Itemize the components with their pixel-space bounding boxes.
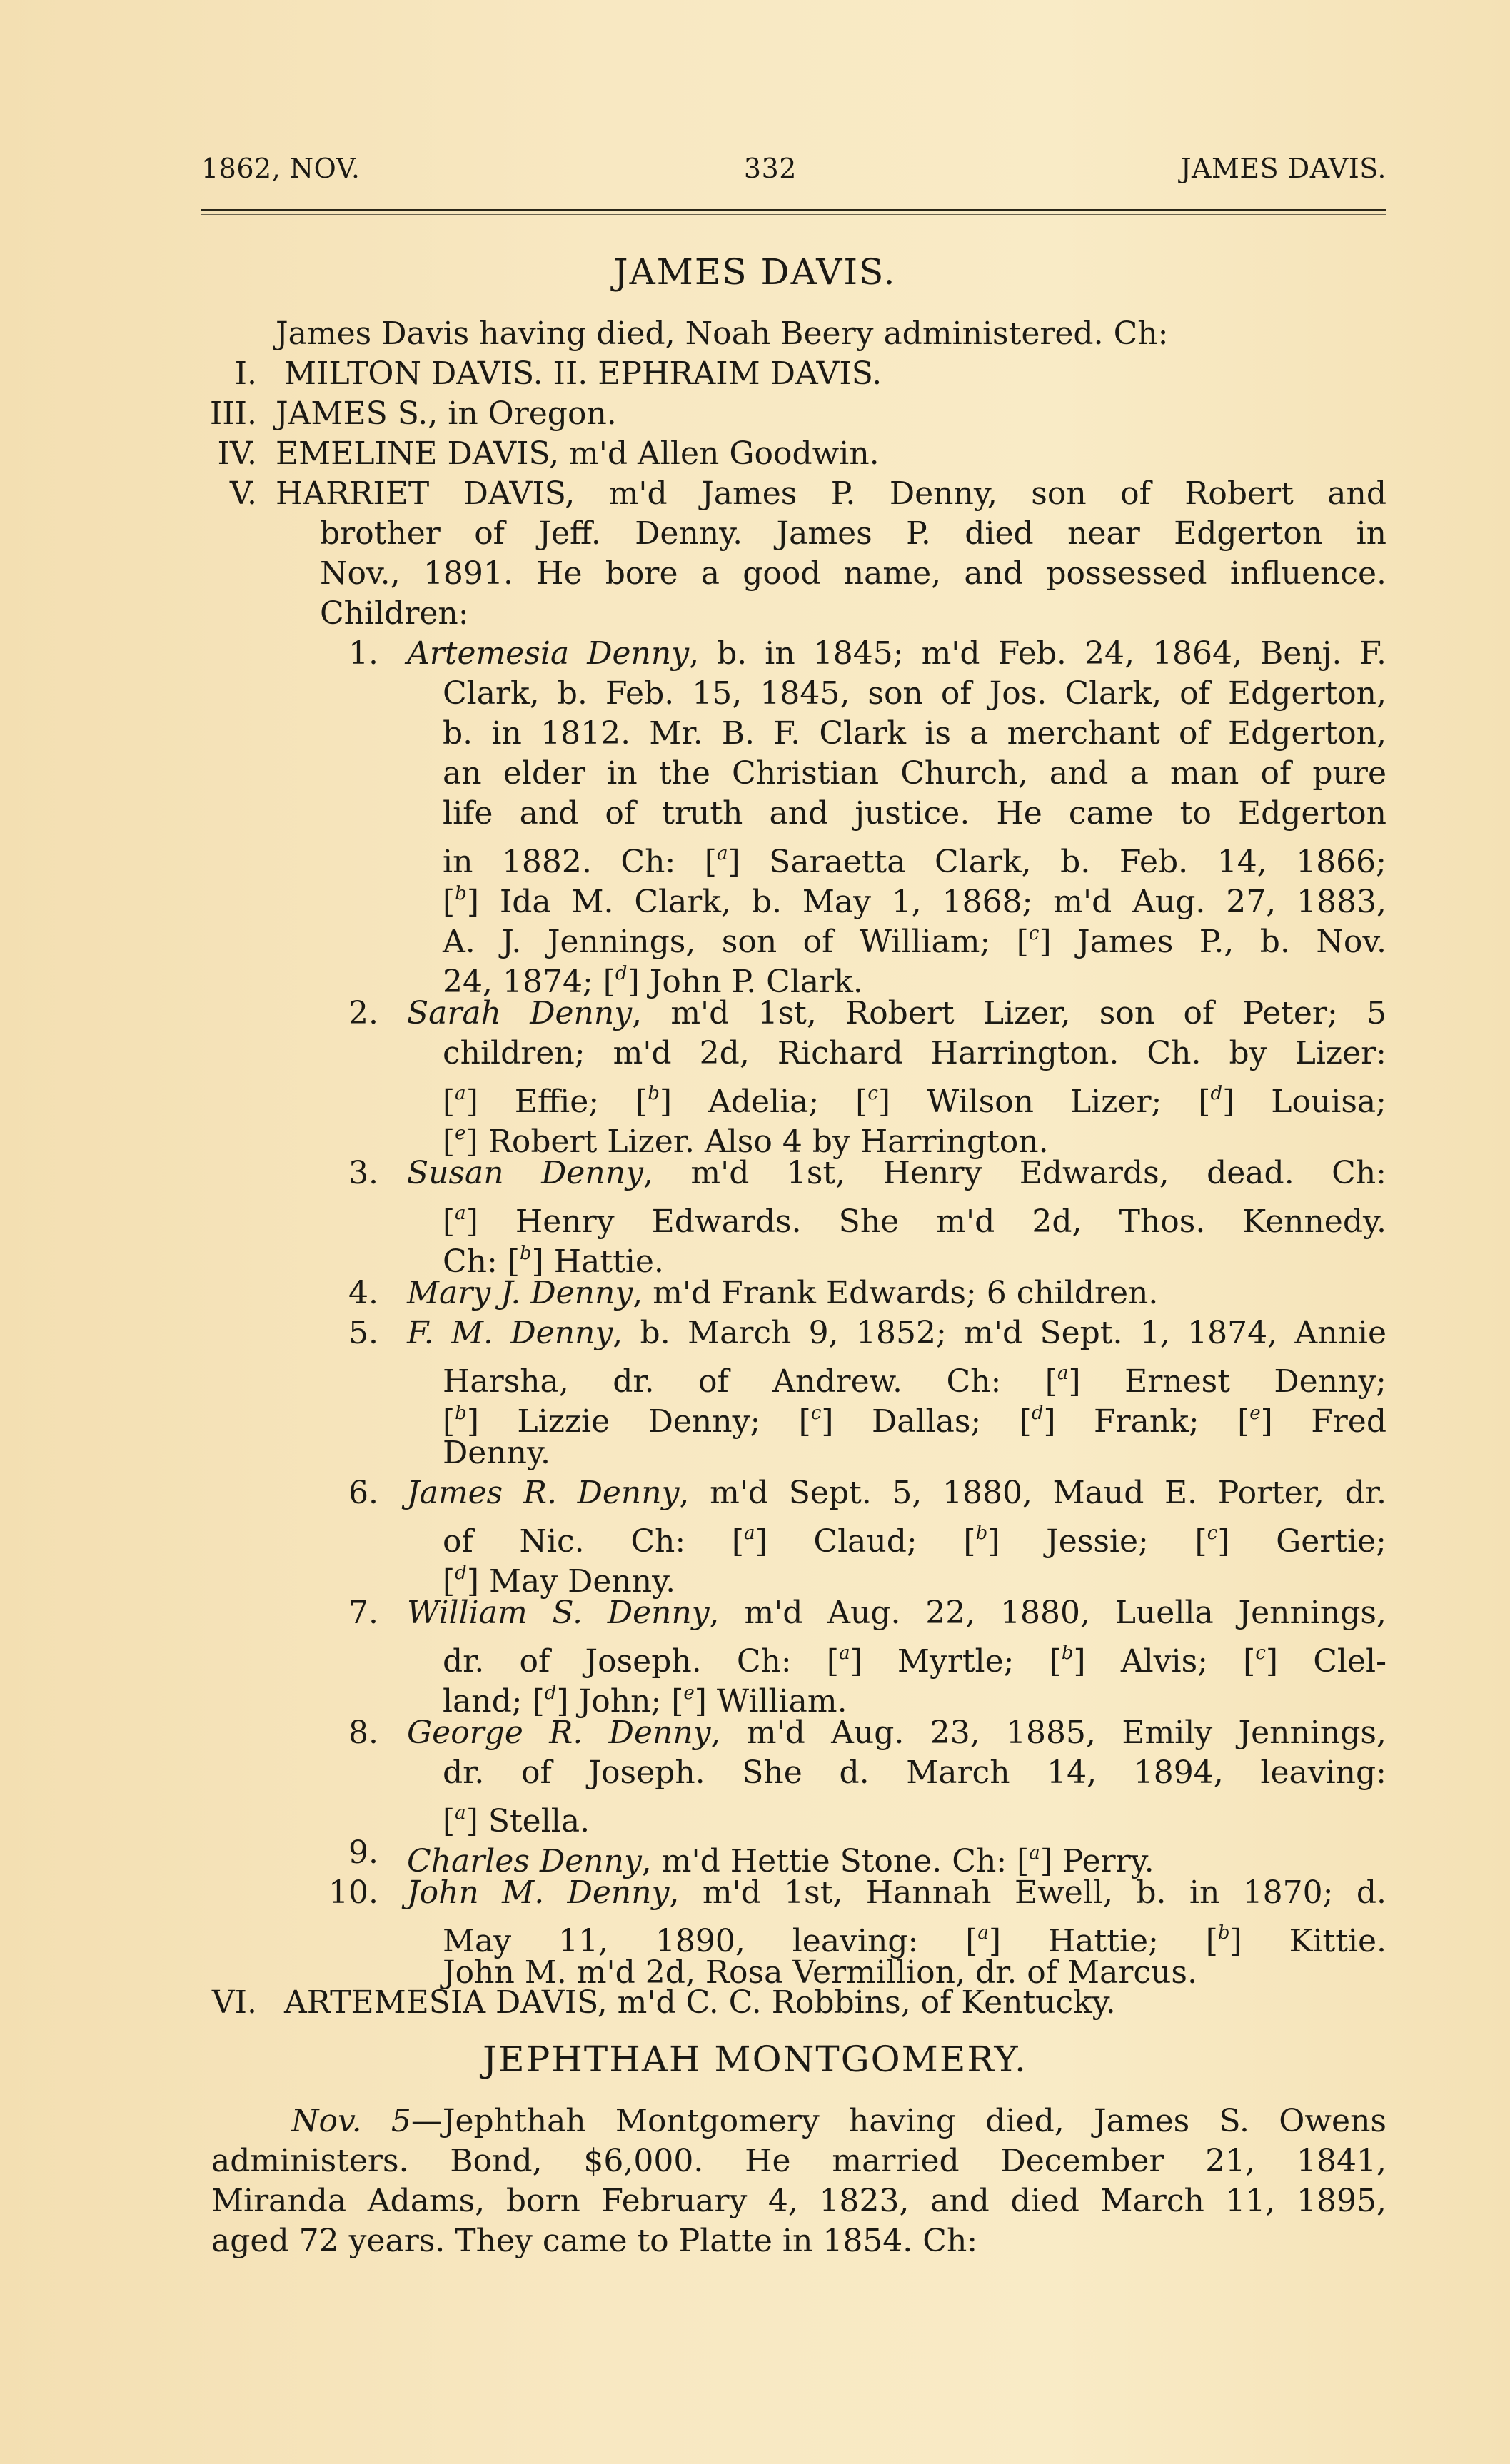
child-entry-i-ii: MILTON DAVIS. II. EPHRAIM DAVIS. bbox=[284, 354, 882, 394]
grandchild-entry-line: Artemesia Denny, b. in 1845; m'd Feb. 24… bbox=[407, 634, 1386, 674]
grandchild-detail: , m'd Sept. 5, 1880, Maud E. Porter, dr. bbox=[679, 1475, 1386, 1511]
grandchild-entry-line: Susan Denny, m'd 1st, Henry Edwards, dea… bbox=[407, 1153, 1386, 1193]
grandchild-entry-line: dr. of Joseph. She d. March 14, 1894, le… bbox=[443, 1753, 1386, 1793]
grandchild-entry-line: Denny. bbox=[443, 1433, 550, 1473]
grandchild-number: 8. bbox=[314, 1713, 378, 1753]
grandchild-entry-line: F. M. Denny, b. March 9, 1852; m'd Sept.… bbox=[407, 1313, 1386, 1353]
child-entry-iv: EMELINE DAVIS, m'd Allen Goodwin. bbox=[276, 434, 880, 474]
grandchild-name: Mary J. Denny bbox=[407, 1275, 633, 1311]
numeral-iii: III. bbox=[171, 394, 257, 434]
numeral-i: I. bbox=[200, 354, 257, 394]
grandchild-number: 1. bbox=[314, 634, 378, 674]
entry-date: Nov. 5 bbox=[291, 2103, 411, 2139]
grandchild-name: George R. Denny bbox=[407, 1715, 711, 1751]
child-entry-iii: JAMES S., in Oregon. bbox=[276, 394, 617, 434]
grandchild-detail: , m'd 1st, Robert Lizer, son of Peter; 5 bbox=[632, 995, 1386, 1031]
grandchild-entry-line: life and of truth and justice. He came t… bbox=[443, 794, 1386, 834]
grandchild-number: 4. bbox=[314, 1273, 378, 1313]
grandchild-entry-line: Sarah Denny, m'd 1st, Robert Lizer, son … bbox=[407, 994, 1386, 1034]
grandchild-name: Sarah Denny bbox=[407, 995, 632, 1031]
grandchild-detail: , m'd 1st, Hannah Ewell, b. in 1870; d. bbox=[669, 1874, 1386, 1911]
montgomery-line-2: administers. Bond, $6,000. He married De… bbox=[211, 2141, 1386, 2181]
grandchild-name: Susan Denny bbox=[407, 1155, 643, 1191]
grandchild-number: 6. bbox=[314, 1473, 378, 1513]
child-entry-v-line-3: Nov., 1891. He bore a good name, and pos… bbox=[320, 554, 1386, 594]
grandchild-number: 7. bbox=[314, 1593, 378, 1633]
running-head-title: JAMES DAVIS. bbox=[1180, 153, 1386, 184]
grandchild-number: 10. bbox=[300, 1873, 378, 1913]
header-rule bbox=[201, 209, 1386, 215]
grandchild-detail: , m'd Frank Edwards; 6 children. bbox=[633, 1275, 1158, 1311]
grandchild-detail: , m'd Aug. 23, 1885, Emily Jennings, bbox=[711, 1715, 1386, 1751]
running-head: 1862, NOV. 332 JAMES DAVIS. bbox=[201, 153, 1386, 184]
grandchild-entry-line: John M. Denny, m'd 1st, Hannah Ewell, b.… bbox=[407, 1873, 1386, 1913]
grandchild-entry-line: b. in 1812. Mr. B. F. Clark is a merchan… bbox=[443, 714, 1386, 754]
grandchild-detail: , m'd 1st, Henry Edwards, dead. Ch: bbox=[643, 1155, 1386, 1191]
section-title-james-davis: JAMES DAVIS. bbox=[0, 251, 1510, 293]
grandchild-name: James R. Denny bbox=[407, 1475, 679, 1511]
grandchild-name: Artemesia Denny bbox=[407, 635, 689, 672]
grandchild-detail: , b. in 1845; m'd Feb. 24, 1864, Benj. F… bbox=[689, 635, 1386, 672]
grandchild-entry-line: an elder in the Christian Church, and a … bbox=[443, 754, 1386, 794]
grandchild-detail: , m'd Aug. 22, 1880, Luella Jennings, bbox=[710, 1595, 1386, 1631]
grandchild-entry-line: William S. Denny, m'd Aug. 22, 1880, Lue… bbox=[407, 1593, 1386, 1633]
numeral-iv: IV. bbox=[171, 434, 257, 474]
page-number: 332 bbox=[744, 153, 797, 184]
montgomery-line-3: Miranda Adams, born February 4, 1823, an… bbox=[211, 2181, 1386, 2221]
numeral-v: V. bbox=[186, 474, 257, 514]
grandchild-entry-line: Clark, b. Feb. 15, 1845, son of Jos. Cla… bbox=[443, 674, 1386, 714]
montgomery-line-1: Nov. 5—Jephthah Montgomery having died, … bbox=[291, 2101, 1386, 2141]
book-page: 1862, NOV. 332 JAMES DAVIS. JAMES DAVIS.… bbox=[0, 0, 1510, 2464]
running-head-date: 1862, NOV. bbox=[201, 153, 360, 184]
grandchild-name: John M. Denny bbox=[407, 1874, 669, 1911]
grandchild-entry-line: George R. Denny, m'd Aug. 23, 1885, Emil… bbox=[407, 1713, 1386, 1753]
child-entry-vi: ARTEMESIA DAVIS, m'd C. C. Robbins, of K… bbox=[284, 1983, 1116, 2023]
grandchild-entry-line: Mary J. Denny, m'd Frank Edwards; 6 chil… bbox=[407, 1273, 1158, 1313]
grandchild-entry-line: children; m'd 2d, Richard Harrington. Ch… bbox=[443, 1034, 1386, 1074]
intro-paragraph: James Davis having died, Noah Beery admi… bbox=[276, 314, 1168, 354]
section-title-jephthah-montgomery: JEPHTHAH MONTGOMERY. bbox=[0, 2039, 1510, 2080]
child-entry-v-line-1: HARRIET DAVIS, m'd James P. Denny, son o… bbox=[276, 474, 1386, 514]
child-entry-v-line-2: brother of Jeff. Denny. James P. died ne… bbox=[320, 514, 1386, 554]
grandchild-name: F. M. Denny bbox=[407, 1315, 613, 1351]
grandchild-entry-line: James R. Denny, m'd Sept. 5, 1880, Maud … bbox=[407, 1473, 1386, 1513]
grandchild-number: 9. bbox=[314, 1833, 378, 1873]
montgomery-line-4: aged 72 years. They came to Platte in 18… bbox=[211, 2221, 977, 2261]
numeral-vi: VI. bbox=[171, 1983, 257, 2023]
grandchild-name: William S. Denny bbox=[407, 1595, 710, 1631]
grandchild-detail: , b. March 9, 1852; m'd Sept. 1, 1874, A… bbox=[613, 1315, 1386, 1351]
grandchild-entry-line: [b] Lizzie Denny; [c] Dallas; [d] Frank;… bbox=[443, 1393, 1386, 1442]
grandchild-number: 5. bbox=[314, 1313, 378, 1353]
child-entry-v-line-4: Children: bbox=[320, 594, 469, 634]
grandchild-number: 3. bbox=[314, 1153, 378, 1193]
grandchild-number: 2. bbox=[314, 994, 378, 1034]
